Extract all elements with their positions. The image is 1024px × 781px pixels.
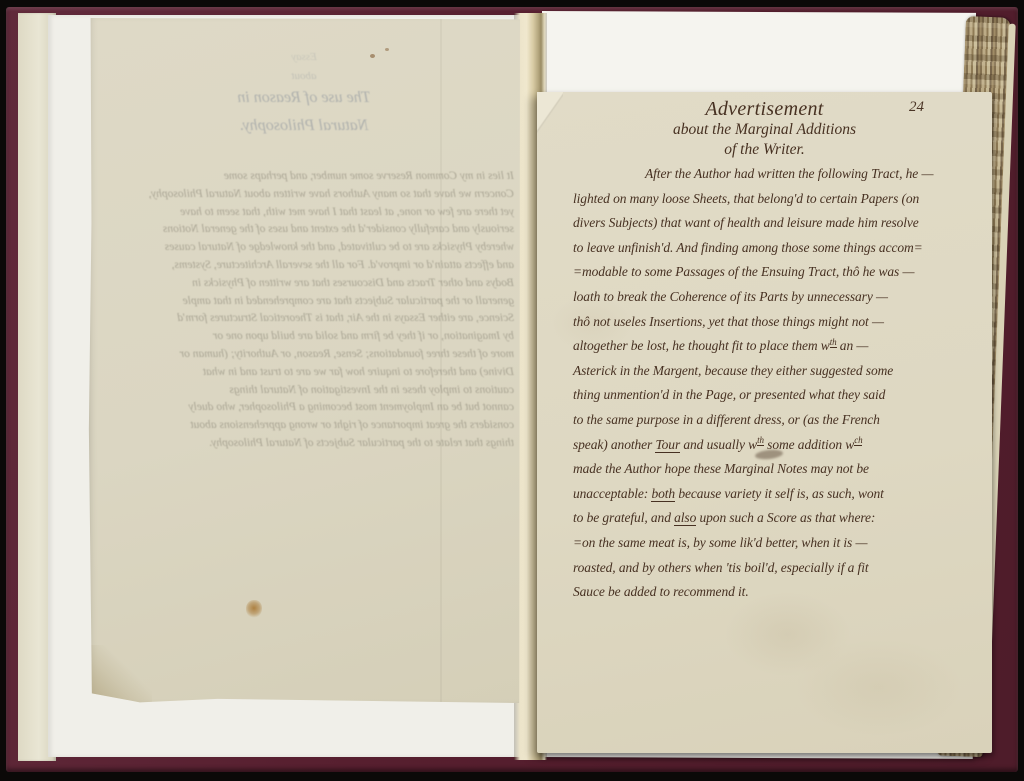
text-line: altogether be lost, he thought fit to pl… (573, 334, 978, 359)
text-line: =on the same meat is, by some lik'd bett… (573, 531, 978, 556)
text-line: The use of Reason in (88, 84, 520, 112)
text-line: Advertisement (537, 98, 992, 120)
text-line: to leave unfinish'd. And finding among t… (573, 236, 978, 261)
text-line: by Imagination, or if they be firm and s… (98, 328, 514, 346)
text-line: It lies in my Common Reserve some number… (98, 168, 514, 186)
stain-speck (370, 54, 375, 58)
text-line: Natural Philosophy. (88, 112, 520, 140)
show-through-title: EssayaboutThe use of Reason inNatural Ph… (88, 46, 520, 140)
text-line: Asterick in the Margent, because they ei… (573, 359, 978, 384)
text-line: seriously and carefully consider'd the e… (98, 221, 514, 239)
text-line: unacceptable: both because variety it se… (573, 482, 978, 507)
text-line: cautions to imploy these in the Investig… (98, 382, 514, 400)
left-manuscript-page: EssayaboutThe use of Reason inNatural Ph… (88, 18, 520, 703)
text-line: loath to break the Coherence of its Part… (573, 285, 978, 310)
text-line: of the Writer. (537, 140, 992, 160)
text-line: Bodys and other Tracts and Discourses th… (98, 275, 514, 293)
manuscript-body: After the Author had written the followi… (573, 162, 978, 605)
text-line: thing unmention'd in the Page, or presen… (573, 383, 978, 408)
show-through-body: It lies in my Common Reserve some number… (98, 168, 514, 453)
text-line: to be grateful, and also upon such a Sco… (573, 506, 978, 531)
text-line: cannot but be an Imployment most becomin… (98, 399, 514, 417)
text-line: roasted, and by others when 'tis boil'd,… (573, 556, 978, 581)
text-line: Concern we have that so many Authors hav… (98, 186, 514, 204)
text-line: about (88, 68, 520, 84)
text-line: generall or the particular Subjects that… (98, 293, 514, 311)
stain-speck (385, 48, 389, 51)
text-line: After the Author had written the followi… (573, 162, 978, 187)
text-line: to the same purpose in a different dress… (573, 408, 978, 433)
fold-crease-corner (88, 645, 152, 703)
text-line: Divine) and therefore to inquire how far… (98, 364, 514, 382)
text-line: whereby Physicks are to be cultivated, a… (98, 239, 514, 257)
text-line: =modable to some Passages of the Ensuing… (573, 260, 978, 285)
text-line: made the Author hope these Marginal Note… (573, 457, 978, 482)
manuscript-title: Advertisementabout the Marginal Addition… (537, 98, 992, 160)
text-line: divers Subjects) that want of health and… (573, 211, 978, 236)
text-line: yet there are few or none, at least that… (98, 204, 514, 222)
text-line: Science, are either Essays in the Air, t… (98, 310, 514, 328)
text-line: about the Marginal Additions (537, 120, 992, 140)
photo-background: EssayaboutThe use of Reason inNatural Ph… (0, 0, 1024, 781)
stain-spot (246, 600, 262, 618)
text-line: more of these three foundations; Sense, … (98, 346, 514, 364)
text-line: things that relate to the particular Sub… (98, 435, 514, 453)
text-line: Sauce be added to recommend it. (573, 580, 978, 605)
text-line: and effects attain'd or improv'd. For al… (98, 257, 514, 275)
text-line: lighted on many loose Sheets, that belon… (573, 187, 978, 212)
right-manuscript-page: 24 Advertisementabout the Marginal Addit… (537, 92, 992, 753)
text-line: considers the great importance of right … (98, 417, 514, 435)
text-line: Essay (88, 46, 520, 68)
text-line: thô not useles Insertions, yet that thos… (573, 310, 978, 335)
